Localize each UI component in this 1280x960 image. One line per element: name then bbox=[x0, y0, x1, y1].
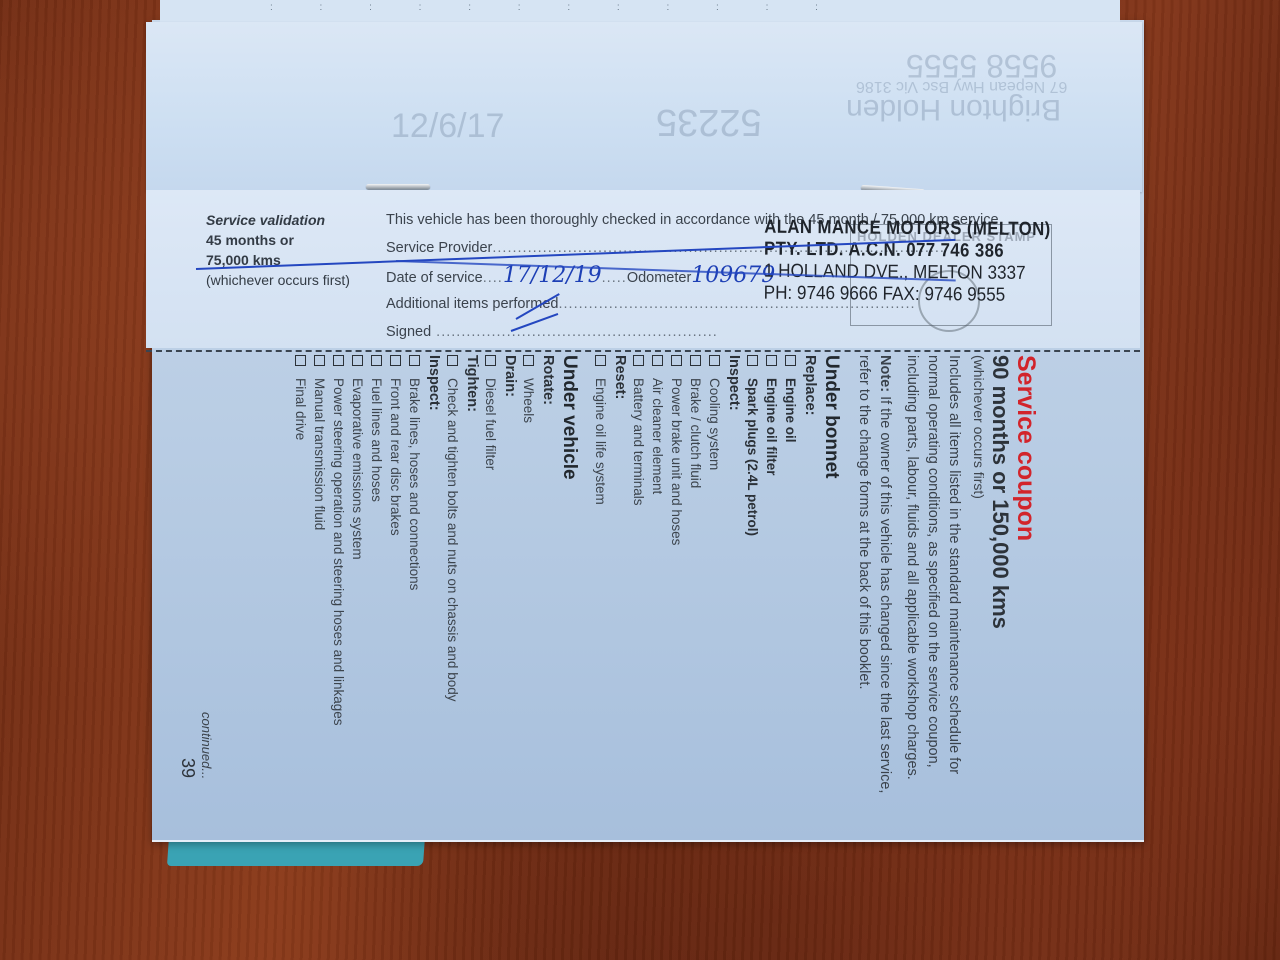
replace-label: Replace: bbox=[800, 355, 819, 795]
rotate-label: Rotate: bbox=[538, 355, 557, 795]
tear-perforation bbox=[146, 350, 1140, 352]
ghost-date: 12/6/17 bbox=[391, 107, 504, 146]
signed-label: Signed bbox=[386, 324, 431, 340]
checkbox-icon[interactable] bbox=[352, 355, 363, 366]
validation-heading-block: Service validation 45 months or 75,000 k… bbox=[206, 210, 350, 290]
checklist-item[interactable]: Brake / clutch fluid bbox=[686, 355, 705, 795]
checkbox-icon[interactable] bbox=[447, 355, 458, 366]
service-validation-strip: Service validation 45 months or 75,000 k… bbox=[146, 190, 1140, 348]
checklist-item[interactable]: Wheels bbox=[519, 355, 538, 795]
checklist-item[interactable]: Engine oil life system bbox=[591, 355, 610, 795]
reset-label: Reset: bbox=[610, 355, 629, 795]
checkbox-icon[interactable] bbox=[747, 355, 758, 366]
checklist-item[interactable]: Front and rear disc brakes bbox=[386, 355, 405, 795]
checkbox-icon[interactable] bbox=[409, 355, 420, 366]
checkbox-icon[interactable] bbox=[766, 355, 777, 366]
dealer-stamp: ALAN MANCE MOTORS (MELTON) PTY. LTD. A.C… bbox=[764, 217, 1075, 308]
checklist-item[interactable]: Check and tighten bolts and nuts on chas… bbox=[443, 355, 462, 795]
staple-left bbox=[366, 184, 430, 189]
page-number: 39 bbox=[177, 758, 198, 778]
inspect-label: Inspect: bbox=[724, 355, 743, 795]
checklist-item[interactable]: Power brake unit and hoses bbox=[667, 355, 686, 795]
tighten-label: Tighten: bbox=[462, 355, 481, 795]
checklist-item[interactable]: Cooling system bbox=[705, 355, 724, 795]
continued-note: continued... bbox=[199, 712, 214, 779]
checklist-item[interactable]: Spark plugs (2.4L petrol) bbox=[743, 355, 762, 795]
checkbox-icon[interactable] bbox=[485, 355, 496, 366]
under-bonnet-heading: Under bonnet bbox=[819, 355, 843, 795]
coupon-interval: 90 months or 150,000 kms bbox=[988, 355, 1012, 795]
checkbox-icon[interactable] bbox=[671, 355, 682, 366]
checkbox-icon[interactable] bbox=[371, 355, 382, 366]
validation-whichever: (whichever occurs first) bbox=[206, 270, 350, 290]
ghost-dealer-name: Brighton Holden bbox=[846, 92, 1061, 126]
checklist-item[interactable]: Brake lines, hoses and connections bbox=[405, 355, 424, 795]
checklist-item[interactable]: Engine oil bbox=[781, 355, 800, 795]
checklist-item[interactable]: Diesel fuel filter bbox=[481, 355, 500, 795]
stamp-line-4: PH: 9746 9666 FAX: 9746 9555 bbox=[764, 283, 1043, 307]
checklist-item[interactable]: Power steering operation and steering ho… bbox=[329, 355, 348, 795]
checkbox-icon[interactable] bbox=[709, 355, 720, 366]
under-vehicle-heading: Under vehicle bbox=[557, 355, 581, 795]
checklist-item[interactable]: Evaporative emissions system bbox=[348, 355, 367, 795]
checklist-item[interactable]: Engine oil filter bbox=[762, 355, 781, 795]
service-coupon: Service coupon 90 months or 150,000 kms … bbox=[291, 355, 1040, 795]
checklist-item[interactable]: Battery and terminals bbox=[629, 355, 648, 795]
checkbox-icon[interactable] bbox=[390, 355, 401, 366]
validation-months: 45 months or bbox=[206, 230, 350, 250]
checkbox-icon[interactable] bbox=[314, 355, 325, 366]
checkbox-icon[interactable] bbox=[633, 355, 644, 366]
stamp-line-3: 1 HOLLAND DVE., MELTON 3337 bbox=[764, 261, 1043, 285]
coupon-intro: Includes all items listed in the standar… bbox=[901, 355, 964, 795]
coupon-whichever: (whichever occurs first) bbox=[970, 355, 988, 795]
coupon-title: Service coupon bbox=[1012, 355, 1040, 795]
checkbox-icon[interactable] bbox=[523, 355, 534, 366]
service-provider-label: Service Provider bbox=[386, 240, 492, 256]
ghost-odometer: 52235 bbox=[656, 100, 762, 143]
checkbox-icon[interactable] bbox=[690, 355, 701, 366]
date-label: Date of service bbox=[386, 270, 483, 286]
inspect-label: Inspect: bbox=[424, 355, 443, 795]
checkbox-icon[interactable] bbox=[333, 355, 344, 366]
stamp-line-1: ALAN MANCE MOTORS (MELTON) bbox=[764, 217, 1037, 241]
checkbox-icon[interactable] bbox=[295, 355, 306, 366]
checklist-item[interactable]: Air cleaner element bbox=[648, 355, 667, 795]
odometer-label: Odometer bbox=[627, 270, 691, 286]
teal-page-tab bbox=[167, 836, 425, 866]
coupon-note: Note: If the owner of this vehicle has c… bbox=[853, 355, 895, 795]
checklist-item[interactable]: Fuel lines and hoses bbox=[367, 355, 386, 795]
checkbox-icon[interactable] bbox=[595, 355, 606, 366]
odometer-value: 109679 bbox=[691, 263, 775, 288]
checklist-item[interactable]: Manual transmission fluid bbox=[310, 355, 329, 795]
checkbox-icon[interactable] bbox=[652, 355, 663, 366]
checklist-item[interactable]: Final drive bbox=[291, 355, 310, 795]
checkbox-icon[interactable] bbox=[785, 355, 796, 366]
validation-heading: Service validation bbox=[206, 210, 350, 230]
drain-label: Drain: bbox=[500, 355, 519, 795]
ghost-dealer-phone: 9558 5555 bbox=[906, 47, 1057, 84]
previous-coupon-fold: 12/6/17 52235 Brighton Holden 67 Nepean … bbox=[146, 22, 1142, 192]
